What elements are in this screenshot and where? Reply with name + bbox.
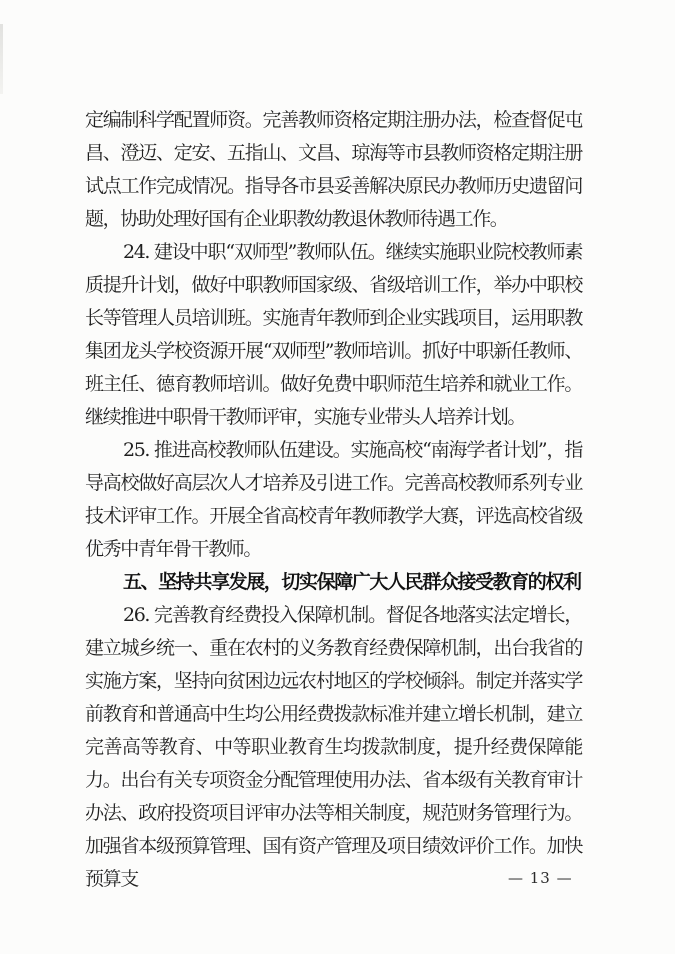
paragraph: 24. 建设中职“双师型”教师队伍。继续实施职业院校教师素质提升计划，做好中职教… bbox=[85, 236, 582, 434]
paragraph: 26. 完善教育经费投入保障机制。督促各地落实法定增长，建立城乡统一、重在农村的… bbox=[85, 599, 582, 896]
page-number: — 13 — bbox=[508, 869, 573, 887]
section-heading: 五、坚持共享发展，切实保障广大人民群众接受教育的权利 bbox=[85, 566, 582, 599]
document-page: 定编制科学配置师资。完善教师资格定期注册办法，检查督促屯昌、澄迈、定安、五指山、… bbox=[0, 0, 675, 954]
paragraph: 25. 推进高校教师队伍建设。实施高校“南海学者计划”，指导高校做好高层次人才培… bbox=[85, 434, 582, 566]
scan-edge-artifact bbox=[0, 24, 3, 94]
document-body: 定编制科学配置师资。完善教师资格定期注册办法，检查督促屯昌、澄迈、定安、五指山、… bbox=[85, 104, 582, 896]
paragraph: 定编制科学配置师资。完善教师资格定期注册办法，检查督促屯昌、澄迈、定安、五指山、… bbox=[85, 104, 582, 236]
